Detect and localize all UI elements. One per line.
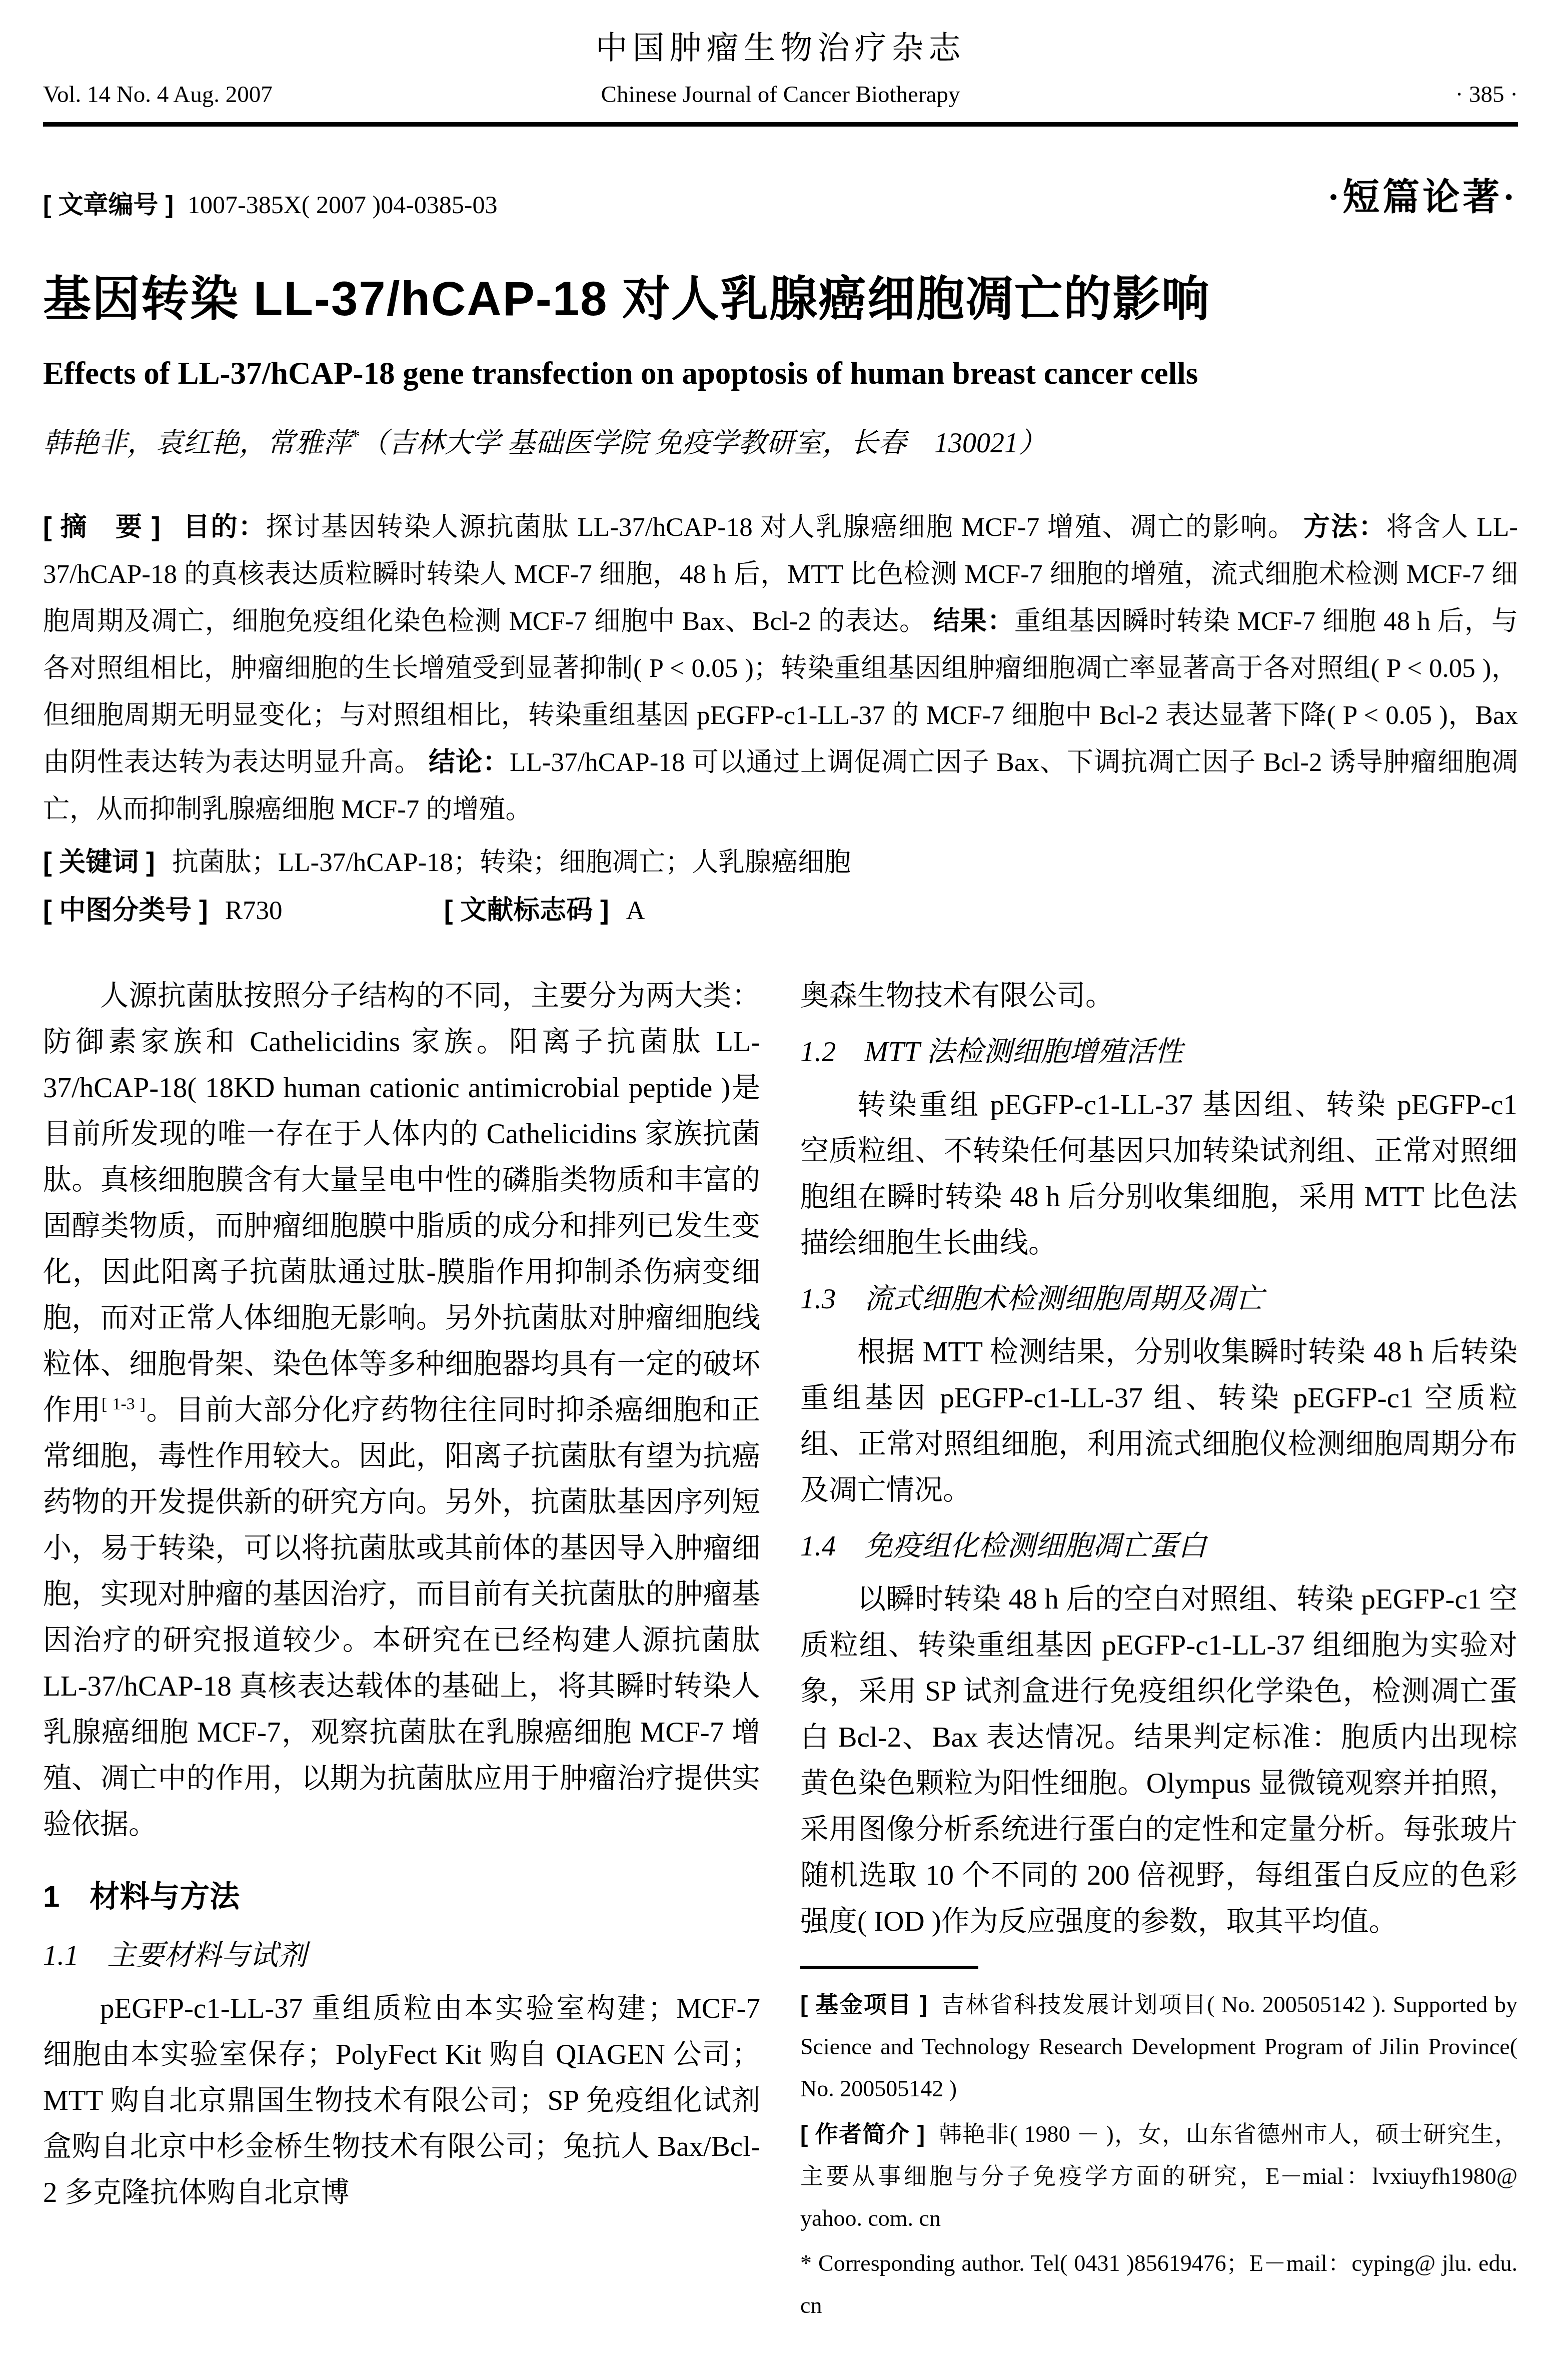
abstract-objective-text: 探讨基因转染人源抗菌肽 LL-37/hCAP-18 对人乳腺癌细胞 MCF-7 … xyxy=(266,513,1296,542)
column-tag: ·短篇论著· xyxy=(1327,168,1518,221)
materials-paragraph: pEGFP-c1-LL-37 重组质粒由本实验室构建；MCF-7 细胞由本实验室… xyxy=(43,1986,760,2216)
bio-note: [ 作者简介 ]韩艳非( 1980 － )，女，山东省德州市人，硕士研究生，主要… xyxy=(800,2113,1517,2239)
abstract-conclusion-label: 结论： xyxy=(429,747,510,777)
header-rule xyxy=(43,122,1518,127)
keywords-line: [ 关键词 ]抗菌肽；LL-37/hCAP-18；转染；细胞凋亡；人乳腺癌细胞 xyxy=(43,841,1518,879)
author-affiliation: （吉林大学 基础医学院 免疫学教研室，长春 130021） xyxy=(360,428,1046,459)
journal-page: 中国肿瘤生物治疗杂志 Vol. 14 No. 4 Aug. 2007 Chine… xyxy=(0,0,1561,2380)
abstract-methods-label: 方法： xyxy=(1303,512,1386,542)
intro-text-post: 。目前大部分化疗药物往往同时抑杀癌细胞和正常细胞，毒性作用较大。因此，阳离子抗菌… xyxy=(43,1394,760,1840)
clc-label: [ 中图分类号 ] xyxy=(43,896,208,925)
article-number-value: 1007-385X( 2007 )04-0385-03 xyxy=(188,191,497,219)
journal-title-en: Chinese Journal of Cancer Biotherapy xyxy=(601,81,960,108)
clc-value: R730 xyxy=(225,896,283,925)
meta-row: [ 文章编号 ]1007-385X( 2007 )04-0385-03 ·短篇论… xyxy=(43,168,1518,221)
keywords-label: [ 关键词 ] xyxy=(43,848,155,877)
doc-code-value: A xyxy=(626,896,645,925)
intro-text-pre: 人源抗菌肽按照分子结构的不同，主要分为两大类：防御素家族和 Cathelicid… xyxy=(43,980,760,1426)
intro-paragraph: 人源抗菌肽按照分子结构的不同，主要分为两大类：防御素家族和 Cathelicid… xyxy=(43,973,760,1848)
author-names: 韩艳非，袁红艳，常雅萍 xyxy=(43,428,351,459)
flow-cytometry-paragraph: 根据 MTT 检测结果，分别收集瞬时转染 48 h 后转染重组基因 pEGFP-… xyxy=(800,1329,1517,1513)
abstract-label: [ 摘 要 ] xyxy=(43,512,161,542)
right-column: 奥森生物技术有限公司。 1.2 MTT 法检测细胞增殖活性 转染重组 pEGFP… xyxy=(800,973,1517,2329)
article-title-en: Effects of LL-37/hCAP-18 gene transfecti… xyxy=(43,355,1518,392)
classification-line: [ 中图分类号 ]R730 [ 文献标志码 ]A xyxy=(43,889,1518,927)
doc-code-label: [ 文献标志码 ] xyxy=(444,896,609,925)
fund-note: [ 基金项目 ]吉林省科技发展计划项目( No. 200505142 ). Su… xyxy=(800,1983,1517,2110)
page-number: · 385 · xyxy=(1455,81,1518,108)
section-1-heading: 1 材料与方法 xyxy=(43,1874,760,1920)
abstract: [ 摘 要 ] 目的：探讨基因转染人源抗菌肽 LL-37/hCAP-18 对人乳… xyxy=(43,504,1518,833)
keywords-text: 抗菌肽；LL-37/hCAP-18；转染；细胞凋亡；人乳腺癌细胞 xyxy=(172,848,851,877)
section-1-2-heading: 1.2 MTT 法检测细胞增殖活性 xyxy=(800,1029,1517,1075)
footnote-rule xyxy=(800,1966,978,1969)
materials-continuation: 奥森生物技术有限公司。 xyxy=(800,973,1517,1019)
corresponding-author-mark: * xyxy=(351,426,360,446)
body-columns: 人源抗菌肽按照分子结构的不同，主要分为两大类：防御素家族和 Cathelicid… xyxy=(43,973,1518,2329)
article-title-cn: 基因转染 LL-37/hCAP-18 对人乳腺癌细胞凋亡的影响 xyxy=(43,261,1518,329)
mtt-paragraph: 转染重组 pEGFP-c1-LL-37 基因组、转染 pEGFP-c1 空质粒组… xyxy=(800,1082,1517,1266)
section-1-4-heading: 1.4 免疫组化检测细胞凋亡蛋白 xyxy=(800,1523,1517,1569)
volume-info: Vol. 14 No. 4 Aug. 2007 xyxy=(43,81,273,108)
fund-label: [ 基金项目 ] xyxy=(800,1991,927,2017)
authors-line: 韩艳非，袁红艳，常雅萍*（吉林大学 基础医学院 免疫学教研室，长春 130021… xyxy=(43,421,1518,461)
left-column: 人源抗菌肽按照分子结构的不同，主要分为两大类：防御素家族和 Cathelicid… xyxy=(43,973,760,2329)
ihc-paragraph: 以瞬时转染 48 h 后的空白对照组、转染 pEGFP-c1 空质粒组、转染重组… xyxy=(800,1576,1517,1945)
section-1-3-heading: 1.3 流式细胞术检测细胞周期及凋亡 xyxy=(800,1276,1517,1322)
journal-title-cn: 中国肿瘤生物治疗杂志 xyxy=(0,0,1561,68)
reference-superscript: [ 1-3 ] xyxy=(102,1395,146,1413)
abstract-objective-label: 目的： xyxy=(183,512,266,542)
journal-header-row: Vol. 14 No. 4 Aug. 2007 Chinese Journal … xyxy=(43,81,1518,108)
article-number-label: [ 文章编号 ] xyxy=(43,191,174,219)
footnotes: [ 基金项目 ]吉林省科技发展计划项目( No. 200505142 ). Su… xyxy=(800,1983,1517,2326)
abstract-results-label: 结果： xyxy=(933,606,1014,636)
article-number: [ 文章编号 ]1007-385X( 2007 )04-0385-03 xyxy=(43,185,497,221)
bio-label: [ 作者简介 ] xyxy=(800,2121,925,2147)
corresponding-note: * Corresponding author. Tel( 0431 )85619… xyxy=(800,2242,1517,2326)
section-1-1-heading: 1.1 主要材料与试剂 xyxy=(43,1933,760,1979)
